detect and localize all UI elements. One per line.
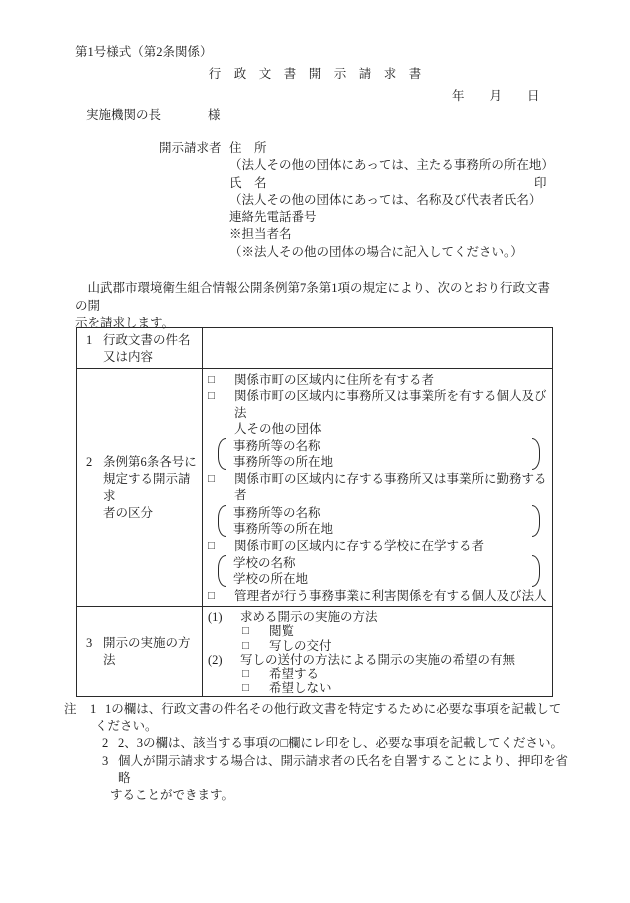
note-number: 3 bbox=[102, 753, 118, 787]
left-paren-icon bbox=[218, 555, 226, 587]
name-note: （法人その他の団体にあっては、名称及び代表者氏名） bbox=[229, 192, 554, 209]
row3-header-cell: 3 開示の実施の方法 bbox=[77, 607, 203, 696]
category-option: □ 関係市町の区域内に事務所又は事業所を有する個人及び法 人その他の団体 bbox=[206, 388, 552, 437]
staff-name-label[interactable]: ※担当者名 bbox=[229, 226, 554, 243]
phone-label[interactable]: 連絡先電話番号 bbox=[229, 209, 554, 226]
checkbox-icon[interactable]: □ bbox=[206, 588, 234, 607]
disclosure-request-form-page: { "glyphs": { "checkbox": "□" }, "header… bbox=[0, 0, 630, 903]
category-option-text: 関係市町の区域内に存する事務所又は事業所に勤務する者 bbox=[234, 471, 552, 504]
method-entry: (2) 写しの送付の方法による開示の実施の希望の有無 bbox=[206, 653, 552, 667]
note-text: 2、3の欄は、該当する事項の□欄にレ印をし、必要な事項を記載してください。 bbox=[118, 735, 563, 752]
bracket-field-group: 事務所等の名称 事務所等の所在地 bbox=[218, 438, 540, 470]
checkbox-icon[interactable]: □ bbox=[206, 471, 234, 504]
method-option-text: 写しの交付 bbox=[269, 639, 332, 653]
checkbox-icon[interactable]: □ bbox=[242, 639, 269, 653]
note-3-continuation: することができます。 bbox=[110, 787, 569, 804]
category-option-text: 関係市町の区域内に事務所又は事業所を有する個人及び法 人その他の団体 bbox=[234, 388, 552, 437]
right-paren-icon bbox=[532, 438, 540, 470]
form-number-label: 第1号様式（第2条関係） bbox=[75, 44, 213, 61]
entry-number: (2) bbox=[206, 653, 240, 667]
right-paren-icon bbox=[532, 505, 540, 537]
entry-number: (1) bbox=[206, 610, 240, 624]
category-option: □ 関係市町の区域内に存する事務所又は事業所に勤務する者 bbox=[206, 471, 552, 504]
requester-fields: 住 所 （法人その他の団体にあっては、主たる事務所の所在地） 氏 名 （法人その… bbox=[229, 140, 554, 261]
row2-number: 2 bbox=[86, 454, 103, 471]
row3-number: 3 bbox=[86, 635, 103, 652]
category-option-text: 関係市町の区域内に住所を有する者 bbox=[234, 372, 552, 388]
seal-mark: 印 bbox=[534, 175, 547, 192]
bracket-field-lines[interactable]: 学校の名称 学校の所在地 bbox=[226, 555, 532, 587]
page-title: 行 政 文 書 開 示 請 求 書 bbox=[0, 66, 630, 83]
category-option-text: 管理者が行う事務事業に利害関係を有する個人及び法人そ の他の団体 bbox=[234, 588, 552, 607]
checkbox-icon[interactable]: □ bbox=[242, 624, 269, 638]
method-entry: (1) 求める開示の実施の方法 bbox=[206, 610, 552, 624]
address-note: （法人その他の団体にあっては、主たる事務所の所在地） bbox=[229, 157, 554, 174]
date-line: 年 月 日 bbox=[452, 88, 540, 105]
document-name-input-cell[interactable] bbox=[203, 328, 552, 369]
row2-label: 条例第6条各号に 規定する開示請求 者の区分 bbox=[103, 454, 202, 522]
note-1-continuation: ください。 bbox=[95, 718, 569, 735]
method-option: □ 希望しない bbox=[206, 681, 552, 695]
entry-text: 写しの送付の方法による開示の実施の希望の有無 bbox=[240, 653, 515, 667]
right-paren-icon bbox=[532, 555, 540, 587]
method-option: □ 閲覧 bbox=[206, 624, 552, 638]
note-1: 注 1 1の欄は、行政文書の件名その他行政文書を特定するために必要な事項を記載し… bbox=[64, 701, 569, 718]
intro-line-1: 山武郡市環境衛生組合情報公開条例第7条第1項の規定により、次のとおり行政文書の開 bbox=[75, 280, 558, 315]
addressee-fill-in-space[interactable] bbox=[161, 107, 208, 124]
category-option: □ 関係市町の区域内に存する学校に在学する者 bbox=[206, 538, 552, 554]
row1-number: 1 bbox=[86, 332, 103, 349]
note-text: 1の欄は、行政文書の件名その他行政文書を特定するために必要な事項を記載して bbox=[105, 701, 561, 718]
method-option: □ 写しの交付 bbox=[206, 639, 552, 653]
method-option-text: 希望しない bbox=[269, 681, 332, 695]
checkbox-icon[interactable]: □ bbox=[206, 538, 234, 554]
checkbox-icon[interactable]: □ bbox=[206, 388, 234, 437]
note-number: 1 bbox=[90, 701, 105, 718]
entry-text: 求める開示の実施の方法 bbox=[240, 610, 378, 624]
category-option: □ 関係市町の区域内に住所を有する者 bbox=[206, 372, 552, 388]
row2-header-cell: 2 条例第6条各号に 規定する開示請求 者の区分 bbox=[77, 369, 203, 607]
row1-header-cell: 1 行政文書の件名 又は内容 bbox=[77, 328, 203, 369]
method-option: □ 希望する bbox=[206, 667, 552, 681]
bracket-field-group: 事務所等の名称 事務所等の所在地 bbox=[218, 505, 540, 537]
checkbox-icon[interactable]: □ bbox=[242, 681, 269, 695]
bracket-field-lines[interactable]: 事務所等の名称 事務所等の所在地 bbox=[226, 505, 532, 537]
addressee-line: 実施機関の長 様 bbox=[86, 107, 221, 124]
checkbox-icon[interactable]: □ bbox=[206, 372, 234, 388]
note-2: 2 2、3の欄は、該当する事項の□欄にレ印をし、必要な事項を記載してください。 bbox=[102, 735, 569, 752]
bracket-field-lines[interactable]: 事務所等の名称 事務所等の所在地 bbox=[226, 438, 532, 470]
address-label[interactable]: 住 所 bbox=[229, 140, 554, 157]
disclosure-method-cell: (1) 求める開示の実施の方法 □ 閲覧 □ 写しの交付 (2) 写しの送付の方… bbox=[203, 607, 552, 696]
requester-label: 開示請求者 bbox=[159, 140, 222, 157]
row3-label: 開示の実施の方法 bbox=[103, 635, 202, 669]
intro-paragraph: 山武郡市環境衛生組合情報公開条例第7条第1項の規定により、次のとおり行政文書の開… bbox=[75, 280, 558, 333]
method-option-text: 希望する bbox=[269, 667, 319, 681]
notes-prefix: 注 bbox=[64, 701, 90, 718]
left-paren-icon bbox=[218, 438, 226, 470]
note-text: 個人が開示請求する場合は、開示請求者の氏名を自署することにより、押印を省略 bbox=[118, 753, 569, 787]
checkbox-icon[interactable]: □ bbox=[242, 667, 269, 681]
category-option-text: 関係市町の区域内に存する学校に在学する者 bbox=[234, 538, 552, 554]
note-3: 3 個人が開示請求する場合は、開示請求者の氏名を自署することにより、押印を省略 bbox=[102, 753, 569, 787]
footnotes: 注 1 1の欄は、行政文書の件名その他行政文書を特定するために必要な事項を記載し… bbox=[64, 701, 569, 804]
note-number: 2 bbox=[102, 735, 118, 752]
addressee-honorific: 様 bbox=[208, 107, 221, 124]
bracket-field-group: 学校の名称 学校の所在地 bbox=[218, 555, 540, 587]
name-label[interactable]: 氏 名 bbox=[229, 175, 554, 192]
row1-label: 行政文書の件名 又は内容 bbox=[103, 332, 191, 366]
requester-category-cell: □ 関係市町の区域内に住所を有する者 □ 関係市町の区域内に事務所又は事業所を有… bbox=[203, 369, 552, 607]
category-option: □ 管理者が行う事務事業に利害関係を有する個人及び法人そ の他の団体 bbox=[206, 588, 552, 607]
disclosure-request-table: 1 行政文書の件名 又は内容 2 条例第6条各号に 規定する開示請求 者の区分 … bbox=[76, 327, 553, 697]
method-option-text: 閲覧 bbox=[269, 624, 294, 638]
left-paren-icon bbox=[218, 505, 226, 537]
staff-note: （※法人その他の団体の場合に記入してください。） bbox=[229, 244, 554, 261]
addressee-label: 実施機関の長 bbox=[86, 107, 161, 124]
